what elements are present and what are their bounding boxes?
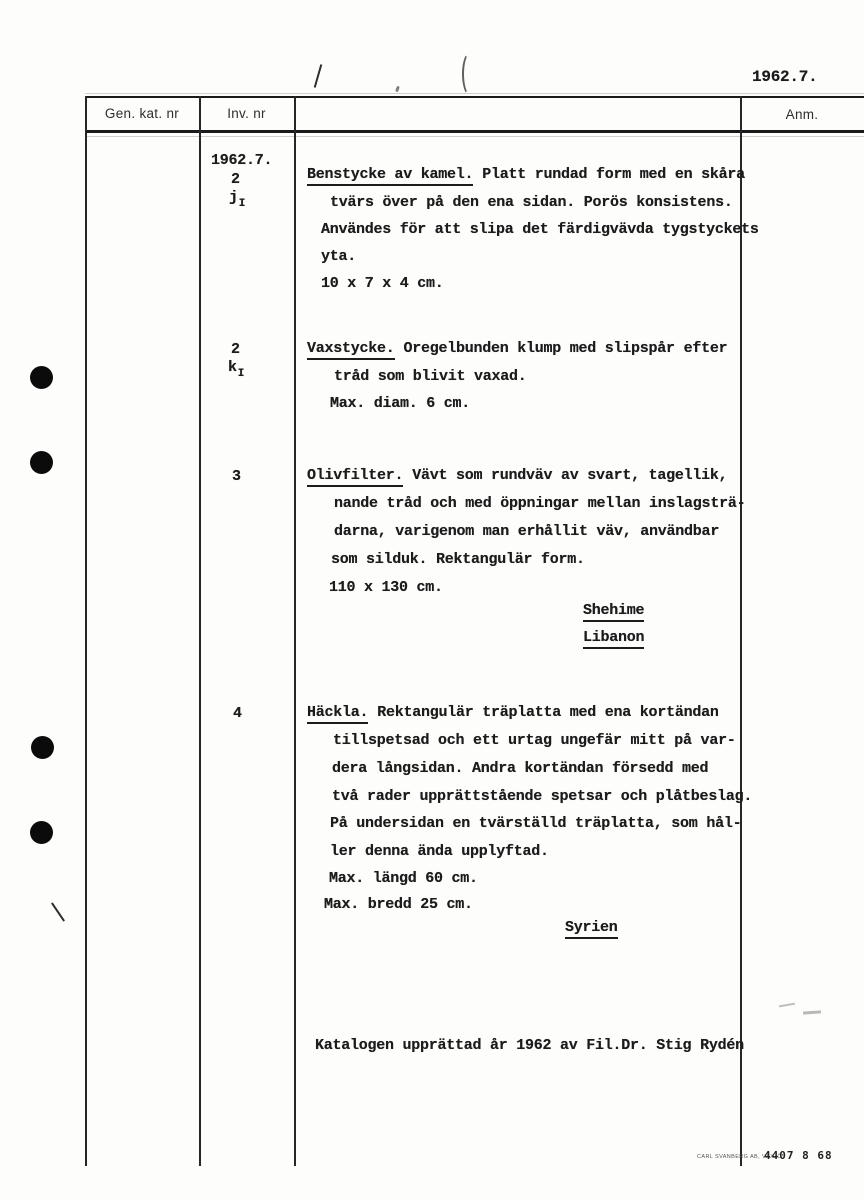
entry-text-line: ler denna ända upplyftad. <box>330 843 549 860</box>
table-border-top-shadow <box>85 93 864 94</box>
inventory-subletter: jI <box>229 189 245 208</box>
inventory-number: 2 <box>231 341 240 358</box>
pen-mark-backslash <box>51 902 65 921</box>
column-divider-anm <box>740 96 742 1166</box>
entry-text-line: darna, varigenom man erhållit väv, använ… <box>334 523 719 540</box>
entry-text-line: tråd som blivit vaxad. <box>334 368 527 385</box>
entry-text-line: tillspetsad och ett urtag ungefär mitt p… <box>333 732 736 749</box>
colophon-line: Katalogen upprättad år 1962 av Fil.Dr. S… <box>315 1037 744 1054</box>
inventory-letter: k <box>228 359 237 376</box>
entry-text-line: dera långsidan. Andra kortändan försedd … <box>332 760 708 777</box>
column-divider-inv-nr <box>294 96 296 1166</box>
punch-hole <box>30 366 53 389</box>
pen-mark-slash <box>314 64 323 88</box>
entry-text-line: Vaxstycke.Oregelbunden klump med slipspå… <box>307 340 727 357</box>
inventory-subletter: kI <box>228 359 244 378</box>
entry-title-rest: Rektangulär träplatta med ena kortändan <box>377 704 718 721</box>
entry-title: Häckla. <box>307 704 368 724</box>
pencil-smudge <box>803 1010 821 1014</box>
entry-title-rest: Vävt som rundväv av svart, tagellik, <box>412 467 727 484</box>
entry-text-line: yta. <box>321 248 356 265</box>
pen-mark-paren <box>462 52 478 96</box>
page-number: 1962.7. <box>752 69 817 86</box>
column-header-gen-kat-nr: Gen. kat. nr <box>85 106 199 121</box>
entry-text-line: två rader upprättstående spetsar och plå… <box>332 788 752 805</box>
inventory-number: 3 <box>232 468 241 485</box>
column-header-inv-nr: Inv. nr <box>199 106 294 121</box>
entry-dimensions: Max. diam. 6 cm. <box>330 395 470 412</box>
scanned-catalog-page: 1962.7. Gen. kat. nr Inv. nr Anm. 1962.7… <box>0 0 864 1200</box>
inventory-letter-subscript: I <box>238 368 244 380</box>
entry-text-line: tvärs över på den ena sidan. Porös konsi… <box>330 194 733 211</box>
inventory-letter-subscript: I <box>239 198 245 210</box>
table-border-top <box>85 96 864 98</box>
entry-title-rest: Oregelbunden klump med slipspår efter <box>404 340 728 357</box>
entry-text-line: Benstycke av kamel.Platt rundad form med… <box>307 166 745 183</box>
origin-country: Libanon <box>583 629 644 649</box>
printer-code: 4407 8 68 <box>764 1149 833 1162</box>
entry-text-line: Olivfilter.Vävt som rundväv av svart, ta… <box>307 467 727 484</box>
entry-dimensions: 110 x 130 cm. <box>329 579 443 596</box>
entry-title-rest: Platt rundad form med en skåra <box>482 166 745 183</box>
table-header-separator-shadow <box>85 136 864 137</box>
inventory-number: 2 <box>231 171 240 188</box>
punch-hole <box>30 451 53 474</box>
entry-dimensions: Max. bredd 25 cm. <box>324 896 473 913</box>
entry-text-line: På undersidan en tvärställd träplatta, s… <box>330 815 741 832</box>
origin-country: Syrien <box>565 919 618 939</box>
entry-text-line: som silduk. Rektangulär form. <box>331 551 585 568</box>
table-border-left <box>85 96 87 1166</box>
entry-title: Benstycke av kamel. <box>307 166 473 186</box>
column-header-anm: Anm. <box>740 107 864 122</box>
entry-title: Vaxstycke. <box>307 340 395 360</box>
entry-text-line: nande tråd och med öppningar mellan insl… <box>334 495 745 512</box>
punch-hole <box>30 821 53 844</box>
inventory-number: 4 <box>233 705 242 722</box>
entry-title: Olivfilter. <box>307 467 403 487</box>
origin-place: Shehime <box>583 602 644 622</box>
entry-text-line: Häckla.Rektangulär träplatta med ena kor… <box>307 704 719 721</box>
pencil-smudge <box>779 1003 795 1008</box>
table-header-separator <box>85 130 864 133</box>
entry-text-line: Användes för att slipa det färdigvävda t… <box>321 221 759 238</box>
entry-dimensions: Max. längd 60 cm. <box>329 870 478 887</box>
punch-hole <box>31 736 54 759</box>
column-divider-gen-kat <box>199 96 201 1166</box>
inventory-year: 1962.7. <box>211 152 272 169</box>
entry-dimensions: 10 x 7 x 4 cm. <box>321 275 444 292</box>
inventory-letter: j <box>229 189 238 206</box>
pen-mark-comma <box>395 86 400 93</box>
